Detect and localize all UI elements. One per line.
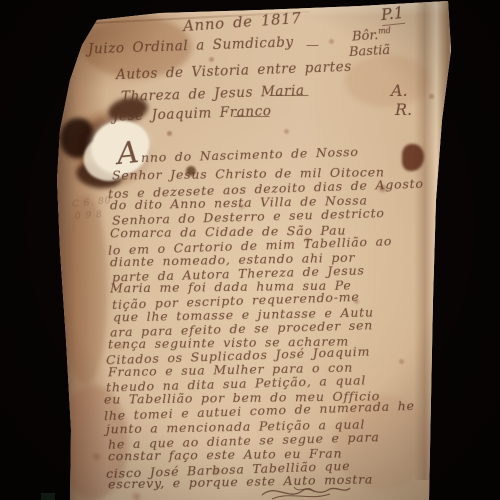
page-gutter-shadow: [55, 0, 107, 500]
signature-flourish: [258, 481, 354, 500]
burn-hole-lobe-left: [60, 118, 94, 158]
plaintiff-margin-mark: A.: [391, 81, 408, 100]
stain-top-right: [345, 55, 430, 107]
photo-corner-artifact: [41, 493, 55, 500]
corner-note-name: Bastiã: [349, 43, 391, 60]
photo-background: Anno de 1817 Juizo Ordinal a Sumdicaby —…: [0, 0, 500, 500]
corner-note-superscript: md: [378, 26, 391, 36]
ghost-numbers-2: 0 9 8: [75, 210, 104, 222]
header-autos-line: Autos de Vistoria entre partes: [116, 59, 352, 83]
page-right-curl: [414, 0, 450, 480]
defendant-margin-mark: R.: [395, 100, 412, 119]
corner-note-abbrev-text: Bôr.: [352, 28, 379, 44]
ghost-numbers-1: C 6. 80: [72, 196, 112, 210]
header-court-dash: —: [306, 38, 318, 53]
corner-page-mark-text: P.1: [380, 3, 405, 26]
header-plaintiff-dash: ———: [272, 88, 308, 103]
manuscript-page: Anno de 1817 Juizo Ordinal a Sumdicaby —…: [0, 0, 500, 500]
paper-freckles: [0, 0, 3, 3]
corner-note-abbrev: Bôr.md: [352, 26, 392, 44]
header-year-line: Anno de 1817: [183, 9, 303, 35]
header-defendant-dash: ———: [233, 109, 269, 124]
stain-mid-left: [62, 195, 108, 385]
body-line: nno do Nascimento de Nosso: [141, 144, 359, 165]
ink-blot-right-edge: [402, 144, 424, 171]
header-court-line: Juizo Ordinal a Sumdicaby: [88, 34, 294, 57]
corner-page-mark: P.1: [380, 3, 405, 24]
